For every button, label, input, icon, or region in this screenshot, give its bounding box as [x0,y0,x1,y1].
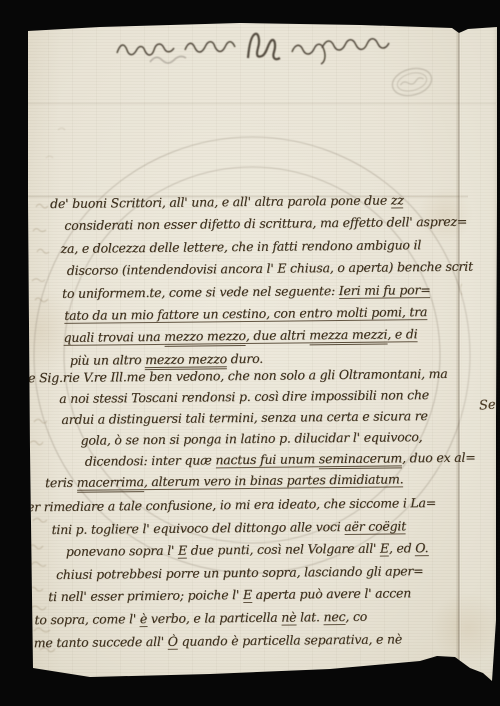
manuscript-word: , duo ex al= [402,450,476,466]
underlined-word: nactus fui unum [215,451,319,468]
underlined-word: E [380,541,389,557]
underlined-word: nè [281,609,296,625]
underlined-word: seminacerum [319,450,402,469]
manuscript-word: duro. [227,351,263,366]
photo-background: de' buoni Scrittori, all' una, e all' al… [0,0,500,706]
manuscript-line: discorso (intendendovisi ancora l' E chi… [67,255,500,282]
underlined-word: E [243,587,252,603]
manuscript-word: to sopra, come l' [34,611,140,627]
manuscript-line: considerati non esser difetto di scrittu… [64,211,500,238]
underlined-word: E [178,543,187,559]
manuscript-word: quando è particella separativa, e nè [178,631,402,648]
paragraph-2: Le Sig.rie V.re Ill.me ben vedono, che n… [58,362,500,493]
underlined-word: mezza mezzi [309,327,387,346]
paragraph-1: de' buoni Scrittori, all' una, e all' al… [56,188,500,372]
underlined-word: zz [391,192,404,208]
manuscript-word: considerati non esser difetto di scrittu… [64,214,467,233]
manuscript-text: de' buoni Scrittori, all' una, e all' al… [54,0,500,706]
margin-catchword: Se [478,397,496,413]
manuscript-word: gola, ò se non si ponga in latino p. dil… [81,429,423,448]
underlined-word: , alterum vero in binas partes [144,472,330,490]
underlined-word: nec [323,609,345,625]
manuscript-word: , ed [389,540,415,555]
manuscript-word: ponevano sopra l' [66,543,178,559]
underlined-word: tato da un mio fattore un cestino, con e… [64,304,427,324]
manuscript-word: ti nell' esser primiero; poiche l' [48,587,243,604]
manuscript-word: za, e dolcezza delle lettere, che in fat… [61,237,422,256]
manuscript-word: Per rimediare a tale confusione, io mi e… [19,495,436,514]
manuscript-line: me tanto succede all' Ò quando è partice… [34,627,500,655]
manuscript-word: Le Sig.rie V.re Ill.me ben vedono, che n… [20,366,448,385]
underlined-word: quali trovai una [63,329,164,346]
manuscript-word: verbo, e la particella [147,610,281,626]
underlined-word: aër coëgit [344,518,406,535]
manuscript-line: teris macerrima, alterum vero in binas p… [45,467,500,493]
manuscript-word: teris [45,475,77,490]
underlined-word: Ò [168,633,178,649]
manuscript-word: aperta può avere l' accen [252,586,411,603]
manuscript-word: due punti, così nel Volgare all' [187,541,380,558]
manuscript-word: me tanto succede all' [34,633,168,649]
underlined-word: , e di [387,327,417,343]
manuscript-word: dicendosi: inter quæ [85,452,216,468]
manuscript-word: to uniformem.te, come si vede nel seguen… [62,283,339,301]
manuscript-word: , co [345,609,367,624]
manuscript-word: lat. [296,609,323,624]
underlined-word: , due altri [246,328,310,345]
underlined-word: O. [415,540,428,556]
underlined-word: mezzo mezzo [164,328,246,347]
manuscript-word: chiusi potrebbesi porre un punto sopra, … [56,563,424,582]
manuscript-word: tini p. togliere l' equivoco del dittong… [51,519,344,537]
underlined-word: Ieri mi fu por= [339,282,431,299]
underlined-word: macerrima [77,474,144,493]
paragraph-3: Per rimediare a tale confusione, io mi e… [59,491,500,654]
manuscript-word: a noi stessi Toscani rendonsi p. così di… [59,387,429,406]
manuscript-word: ardui a distinguersi tali termini, senza… [61,408,427,427]
manuscript-word: discorso (intendendovisi ancora l' E chi… [67,259,473,278]
manuscript-word: de' buoni Scrittori, all' una, e all' al… [50,192,391,211]
paper-sheet: de' buoni Scrittori, all' una, e all' al… [0,0,500,706]
manuscript-line: dicendosi: inter quæ nactus fui unum sem… [85,446,500,472]
underlined-word: dimidiatum. [329,471,403,488]
